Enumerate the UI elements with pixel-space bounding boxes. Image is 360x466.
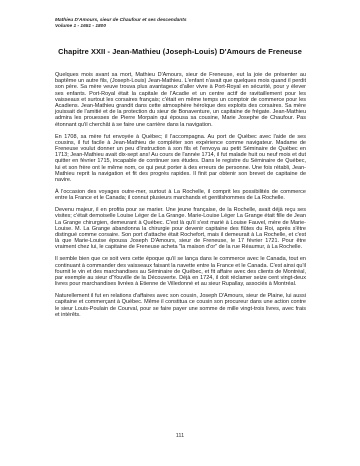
book-page: Mathieu D'Amours, sieur de Chaufour et s… [0, 0, 360, 466]
paragraph: Naturellement il fut en relations d'affa… [55, 293, 306, 318]
paragraph: En 1708, sa mère fut envoyée à Québec; i… [55, 134, 306, 184]
chapter-title: Chapitre XXII - Jean-Mathieu (Joseph-Lou… [0, 47, 360, 56]
paragraph: Devenu majeur, il en profita pour se mar… [55, 207, 306, 250]
paragraph: Il semble bien que ce soit vers cette ép… [55, 256, 306, 287]
running-header-volume: Volume 1 - 1651 - 1800 [55, 24, 187, 30]
body-text: Quelques mois avant sa mort, Mathieu D'A… [55, 72, 306, 324]
paragraph: À l'occasion des voyages outre-mer, surt… [55, 189, 306, 201]
page-number: 111 [0, 433, 360, 439]
running-header: Mathieu D'Amours, sieur de Chaufour et s… [55, 18, 187, 30]
paragraph: Quelques mois avant sa mort, Mathieu D'A… [55, 72, 306, 128]
